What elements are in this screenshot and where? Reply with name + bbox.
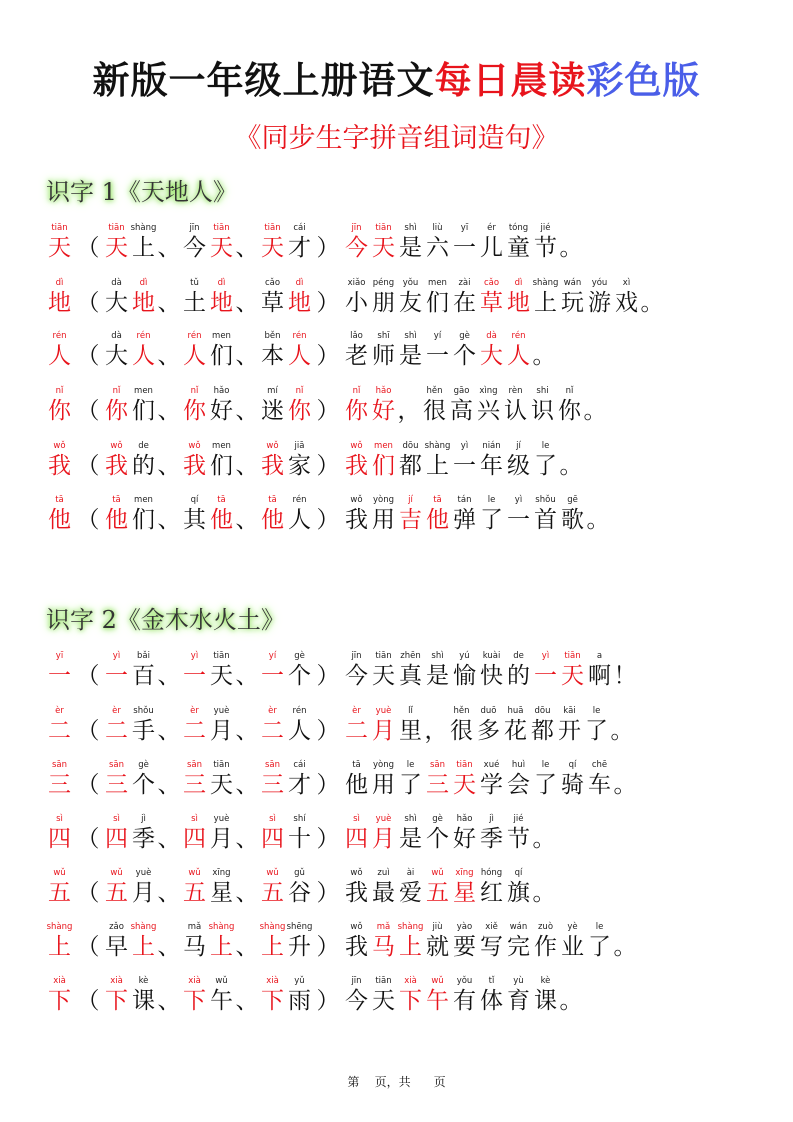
punctuation: 、: [157, 867, 181, 907]
pinyin: nǐ: [353, 385, 361, 397]
hanzi: 是: [399, 342, 422, 370]
hanzi: 。: [533, 879, 556, 907]
paren: ）: [313, 921, 343, 961]
hanzi-cell: shàng上: [46, 921, 73, 961]
pinyin: tiān: [51, 222, 67, 234]
hanzi-cell: èr二: [259, 705, 286, 745]
hanzi-cell: shǒu手: [130, 705, 157, 745]
pinyin: tiān: [375, 650, 391, 662]
punctuation: 、: [235, 759, 259, 799]
pinyin: yí: [269, 650, 276, 662]
hanzi: 。: [533, 342, 556, 370]
pinyin: dì: [140, 277, 148, 289]
hanzi: 你: [345, 397, 368, 425]
pinyin: dì: [56, 277, 64, 289]
hanzi: 、: [158, 506, 181, 534]
hanzi-cell: shàng上: [208, 921, 235, 961]
hanzi: 天: [210, 234, 233, 262]
pinyin: kāi: [563, 705, 576, 717]
hanzi: 在: [453, 289, 476, 317]
pinyin: péng: [373, 277, 394, 289]
pinyin: shì: [404, 813, 416, 825]
paren: ）: [313, 222, 343, 262]
hanzi-cell: tiān天: [103, 222, 130, 262]
hanzi-cell: lǐ里: [397, 705, 424, 745]
hanzi-cell: sì四: [259, 813, 286, 853]
hanzi: 我: [345, 452, 368, 480]
punctuation: 、: [235, 705, 259, 745]
hanzi: 上: [261, 933, 284, 961]
hanzi: 我: [345, 506, 368, 534]
hanzi-cell: dì地: [505, 277, 532, 317]
hanzi-cell: sì四: [181, 813, 208, 853]
hanzi: 、: [158, 452, 181, 480]
pinyin: wán: [510, 921, 528, 933]
hanzi: 、: [236, 234, 259, 262]
hanzi: 、: [158, 342, 181, 370]
hanzi: 迷: [261, 397, 284, 425]
hanzi: 童: [507, 234, 530, 262]
paren: ）: [313, 440, 343, 480]
hanzi-cell: wǒ我: [259, 440, 286, 480]
hanzi: 。: [614, 771, 637, 799]
pinyin: wǒ: [110, 440, 122, 452]
hanzi-cell: cǎo草: [478, 277, 505, 317]
pinyin: běn: [264, 330, 280, 342]
pinyin: tā: [352, 759, 361, 771]
hanzi-cell: wán完: [505, 921, 532, 961]
paren: （: [73, 650, 103, 690]
punctuation: 。: [613, 759, 637, 799]
pinyin: tiān: [456, 759, 472, 771]
hanzi-cell: rén人: [505, 330, 532, 370]
pinyin: sì: [113, 813, 120, 825]
pinyin: shàng: [425, 440, 451, 452]
hanzi: 你: [183, 397, 206, 425]
pinyin: shǒu: [535, 494, 555, 506]
section-heading-2: 识字 2《金木水火土》: [46, 600, 285, 635]
pinyin: shàng: [131, 921, 157, 933]
hanzi: 谷: [288, 879, 311, 907]
hanzi-cell: yuè月: [208, 813, 235, 853]
word-row: yī一（yì一bǎi百、yì一tiān天、yí一gè个）jīn今tiān天zhē…: [46, 640, 637, 690]
punctuation: 。: [586, 494, 610, 534]
word-row: rén人（dà大rén人、rén人men们、běn本rén人）lǎo老shī师s…: [46, 320, 556, 370]
word-row: sān三（sān三gè个、sān三tiān天、sān三cái才）tā他yòng用…: [46, 749, 637, 799]
paren: （: [73, 705, 103, 745]
punctuation: 。: [559, 222, 583, 262]
pinyin: men: [374, 440, 393, 452]
hanzi: 们: [210, 342, 233, 370]
hanzi-cell: mǎ马: [370, 921, 397, 961]
pinyin: wǒ: [350, 494, 362, 506]
hanzi-cell: wǔ午: [208, 975, 235, 1015]
hanzi-cell: sì四: [46, 813, 73, 853]
hanzi: 五: [183, 879, 206, 907]
hanzi: 你: [288, 397, 311, 425]
pinyin: jì: [141, 813, 146, 825]
hanzi-cell: gē歌: [559, 494, 586, 534]
hanzi: 、: [236, 987, 259, 1015]
hanzi-cell: liù六: [424, 222, 451, 262]
hanzi-cell: nǐ你: [556, 385, 583, 425]
hanzi: 个: [453, 342, 476, 370]
hanzi-cell: rén人: [286, 330, 313, 370]
pinyin: tiān: [108, 222, 124, 234]
hanzi-cell: kè课: [532, 975, 559, 1015]
hanzi: ）: [317, 342, 340, 370]
hanzi-cell: nǐ你: [343, 385, 370, 425]
pinyin: sì: [56, 813, 63, 825]
hanzi-cell: yǒu有: [451, 975, 478, 1015]
hanzi: 很: [423, 397, 446, 425]
title-part-red: 每日晨读: [435, 58, 587, 102]
hanzi-cell: xià下: [46, 975, 73, 1015]
hanzi: 业: [561, 933, 584, 961]
hanzi: 天: [372, 987, 395, 1015]
paren: ）: [313, 650, 343, 690]
hanzi: 天: [48, 234, 71, 262]
pinyin: sān: [52, 759, 67, 771]
hanzi-cell: le了: [397, 759, 424, 799]
hanzi: （: [77, 506, 100, 534]
hanzi: 天: [105, 234, 128, 262]
hanzi: ）: [317, 879, 340, 907]
punctuation: 。: [559, 975, 583, 1015]
hanzi: 人: [288, 342, 311, 370]
hanzi-cell: rén人: [46, 330, 73, 370]
hanzi-cell: shàng上: [397, 921, 424, 961]
hanzi-cell: xué学: [478, 759, 505, 799]
pinyin: yí: [434, 330, 441, 342]
hanzi: 节: [507, 825, 530, 853]
hanzi: 个: [288, 662, 311, 690]
hanzi-cell: jí吉: [397, 494, 424, 534]
pinyin: a: [597, 650, 602, 662]
pinyin: yóu: [592, 277, 608, 289]
paren: ）: [313, 759, 343, 799]
hanzi: ，: [398, 397, 421, 425]
punctuation: 、: [235, 921, 259, 961]
hanzi: 我: [183, 452, 206, 480]
hanzi: 大: [480, 342, 503, 370]
hanzi-cell: kè课: [130, 975, 157, 1015]
hanzi: 、: [236, 397, 259, 425]
hanzi: 的: [132, 452, 155, 480]
hanzi: 草: [480, 289, 503, 317]
paren: （: [73, 975, 103, 1015]
pinyin: shàng: [47, 921, 73, 933]
hanzi-cell: jiā家: [286, 440, 313, 480]
pinyin: men: [134, 494, 153, 506]
pinyin: xià: [188, 975, 201, 987]
hanzi: 午: [210, 987, 233, 1015]
title-part-black: 新版一年级上册语文: [93, 58, 435, 102]
pinyin: xué: [484, 759, 500, 771]
hanzi-cell: tiān天: [370, 222, 397, 262]
hanzi: 了: [534, 452, 557, 480]
pinyin: yù: [513, 975, 523, 987]
hanzi-cell: yuè月: [130, 867, 157, 907]
hanzi-cell: le了: [532, 440, 559, 480]
hanzi: 我: [345, 879, 368, 907]
hanzi: 快: [480, 662, 503, 690]
hanzi: 他: [345, 771, 368, 799]
hanzi: 月: [372, 825, 395, 853]
hanzi-cell: dà大: [103, 330, 130, 370]
hanzi: 、: [236, 771, 259, 799]
hanzi-cell: wǒ我: [343, 440, 370, 480]
hanzi: 三: [426, 771, 449, 799]
hanzi: 四: [105, 825, 128, 853]
hanzi: 级: [507, 452, 530, 480]
hanzi: 弹: [453, 506, 476, 534]
hanzi-cell: tóng童: [505, 222, 532, 262]
hanzi: 、: [158, 825, 181, 853]
pinyin: tiān: [375, 975, 391, 987]
hanzi-cell: jié节: [532, 222, 559, 262]
paren: ）: [313, 277, 343, 317]
punctuation: 、: [235, 867, 259, 907]
punctuation: 。: [532, 867, 556, 907]
hanzi-cell: shàng上: [130, 222, 157, 262]
hanzi-cell: tiān天: [451, 759, 478, 799]
hanzi: 十: [288, 825, 311, 853]
pinyin: xià: [404, 975, 417, 987]
hanzi-cell: gè个: [286, 650, 313, 690]
hanzi-cell: le了: [586, 921, 613, 961]
hanzi-cell: yì一: [103, 650, 130, 690]
word-row: wǒ我（wǒ我de的、wǒ我men们、wǒ我jiā家）wǒ我men们dōu都sh…: [46, 430, 583, 480]
pinyin: hǎo: [214, 385, 230, 397]
hanzi-cell: shēng升: [286, 921, 313, 961]
hanzi-cell: yī一: [451, 222, 478, 262]
paren: （: [73, 921, 103, 961]
hanzi: 、: [158, 717, 181, 745]
punctuation: 、: [235, 650, 259, 690]
hanzi: 天: [453, 771, 476, 799]
pinyin: de: [138, 440, 149, 452]
pinyin: men: [428, 277, 447, 289]
page-footer: 第 页，共 页: [0, 1073, 793, 1090]
hanzi: 一: [507, 506, 530, 534]
hanzi-cell: gāo高: [448, 385, 475, 425]
paren: ）: [313, 705, 343, 745]
pinyin: cǎo: [484, 277, 499, 289]
pinyin: tǐ: [489, 975, 495, 987]
hanzi-cell: wǔ五: [424, 867, 451, 907]
hanzi: 一: [453, 452, 476, 480]
pinyin: le: [488, 494, 496, 506]
pinyin: wǔ: [110, 867, 122, 879]
paren: ）: [313, 813, 343, 853]
hanzi-cell: xià下: [259, 975, 286, 1015]
pinyin: jié: [514, 813, 524, 825]
hanzi-cell: dà大: [103, 277, 130, 317]
pinyin: shī: [377, 330, 389, 342]
hanzi-cell: jié节: [505, 813, 532, 853]
hanzi: 下: [105, 987, 128, 1015]
hanzi: 。: [611, 717, 634, 745]
hanzi: 今: [345, 662, 368, 690]
pinyin: tiān: [264, 222, 280, 234]
hanzi: 星: [210, 879, 233, 907]
pinyin: shì: [404, 330, 416, 342]
hanzi: 人: [288, 506, 311, 534]
hanzi: 节: [534, 234, 557, 262]
hanzi-cell: xià下: [397, 975, 424, 1015]
hanzi: 个: [426, 825, 449, 853]
hanzi: 五: [261, 879, 284, 907]
hanzi: 我: [105, 452, 128, 480]
pinyin: yī: [56, 650, 63, 662]
punctuation: 、: [157, 277, 181, 317]
hanzi-cell: bǎi百: [130, 650, 157, 690]
hanzi: 马: [372, 933, 395, 961]
hanzi-cell: wǔ午: [424, 975, 451, 1015]
hanzi: 课: [534, 987, 557, 1015]
hanzi: 他: [105, 506, 128, 534]
pinyin: le: [407, 759, 415, 771]
pinyin: sì: [353, 813, 360, 825]
hanzi-cell: wǒ我: [343, 867, 370, 907]
hanzi: ）: [317, 234, 340, 262]
hanzi-cell: dì地: [46, 277, 73, 317]
hanzi: 育: [507, 987, 530, 1015]
hanzi: 天: [561, 662, 584, 690]
hanzi: 其: [183, 506, 206, 534]
word-row: sì四（sì四jì季、sì四yuè月、sì四shí十）sì四yuè月shì是gè…: [46, 803, 556, 853]
pinyin: hěn: [453, 705, 469, 717]
hanzi: 最: [372, 879, 395, 907]
paren: （: [73, 813, 103, 853]
hanzi: 用: [372, 506, 395, 534]
hanzi: （: [77, 987, 100, 1015]
hanzi: 、: [236, 825, 259, 853]
hanzi: 大: [105, 342, 128, 370]
hanzi-cell: dì地: [208, 277, 235, 317]
hanzi: 今: [345, 987, 368, 1015]
hanzi: 友: [399, 289, 422, 317]
hanzi: 了: [480, 506, 503, 534]
hanzi-cell: qí其: [181, 494, 208, 534]
hanzi-cell: men们: [208, 330, 235, 370]
pinyin: yuè: [214, 813, 230, 825]
pinyin: jí: [408, 494, 413, 506]
punctuation: 、: [157, 222, 181, 262]
hanzi: （: [77, 717, 100, 745]
hanzi-cell: shàng上: [424, 440, 451, 480]
pinyin: hǎo: [457, 813, 473, 825]
hanzi: 是: [399, 825, 422, 853]
hanzi: 戏: [615, 289, 638, 317]
pinyin: zuì: [377, 867, 389, 879]
pinyin: tǔ: [190, 277, 199, 289]
pinyin: nǐ: [113, 385, 121, 397]
pinyin: le: [542, 759, 550, 771]
pinyin: yì: [113, 650, 120, 662]
hanzi-cell: cǎo草: [259, 277, 286, 317]
hanzi-cell: gè个: [451, 330, 478, 370]
hanzi-cell: jīn今: [343, 650, 370, 690]
pinyin: kè: [139, 975, 149, 987]
hanzi: 、: [158, 771, 181, 799]
hanzi: 你: [558, 397, 581, 425]
hanzi: 地: [210, 289, 233, 317]
hanzi: ，: [425, 717, 448, 745]
hanzi: 、: [158, 987, 181, 1015]
hanzi: 上: [132, 933, 155, 961]
hanzi: ）: [317, 717, 340, 745]
hanzi: ）: [317, 825, 340, 853]
hanzi: （: [77, 825, 100, 853]
hanzi: 四: [48, 825, 71, 853]
pinyin: sān: [430, 759, 445, 771]
hanzi-cell: yì一: [451, 440, 478, 480]
pinyin: kuài: [483, 650, 501, 662]
word-row: wǔ五（wǔ五yuè月、wǔ五xīng星、wǔ五gǔ谷）wǒ我zuì最ài爱wǔ…: [46, 857, 556, 907]
pinyin: wǔ: [431, 867, 443, 879]
hanzi: 二: [183, 717, 206, 745]
hanzi-cell: kuài快: [478, 650, 505, 690]
pinyin: le: [542, 440, 550, 452]
hanzi: 手: [132, 717, 155, 745]
hanzi-cell: hěn很: [421, 385, 448, 425]
punctuation: 、: [157, 813, 181, 853]
hanzi: 歌: [561, 506, 584, 534]
hanzi: 高: [450, 397, 473, 425]
hanzi: 一: [534, 662, 557, 690]
hanzi: 、: [236, 452, 259, 480]
hanzi-cell: yòng用: [370, 494, 397, 534]
hanzi: （: [77, 397, 100, 425]
paren: ）: [313, 975, 343, 1015]
hanzi-cell: dì地: [286, 277, 313, 317]
hanzi-cell: yóu游: [586, 277, 613, 317]
punctuation: 、: [235, 975, 259, 1015]
hanzi-cell: shí十: [286, 813, 313, 853]
pinyin: hěn: [426, 385, 442, 397]
paren: ）: [313, 385, 343, 425]
hanzi: 天: [372, 234, 395, 262]
hanzi: 月: [372, 717, 395, 745]
pinyin: gè: [432, 813, 443, 825]
pinyin: hǎo: [376, 385, 392, 397]
hanzi-cell: xiě写: [478, 921, 505, 961]
hanzi-cell: yú愉: [451, 650, 478, 690]
pinyin: tā: [217, 494, 226, 506]
hanzi: 。: [587, 506, 610, 534]
hanzi-cell: nǐ你: [286, 385, 313, 425]
hanzi: 都: [531, 717, 554, 745]
hanzi: 你: [48, 397, 71, 425]
hanzi: 才: [288, 234, 311, 262]
hanzi-cell: jì季: [478, 813, 505, 853]
hanzi-cell: shī师: [370, 330, 397, 370]
hanzi-cell: yí一: [259, 650, 286, 690]
pinyin: xīng: [212, 867, 230, 879]
hanzi-cell: yǔ雨: [286, 975, 313, 1015]
hanzi: 好: [372, 397, 395, 425]
hanzi-cell: le了: [583, 705, 610, 745]
hanzi-cell: sān三: [181, 759, 208, 799]
hanzi-cell: xià下: [103, 975, 130, 1015]
pinyin: sān: [109, 759, 124, 771]
hanzi-cell: nǐ你: [46, 385, 73, 425]
hanzi-cell: tán弹: [451, 494, 478, 534]
punctuation: ，: [397, 385, 421, 425]
hanzi-cell: le了: [532, 759, 559, 799]
